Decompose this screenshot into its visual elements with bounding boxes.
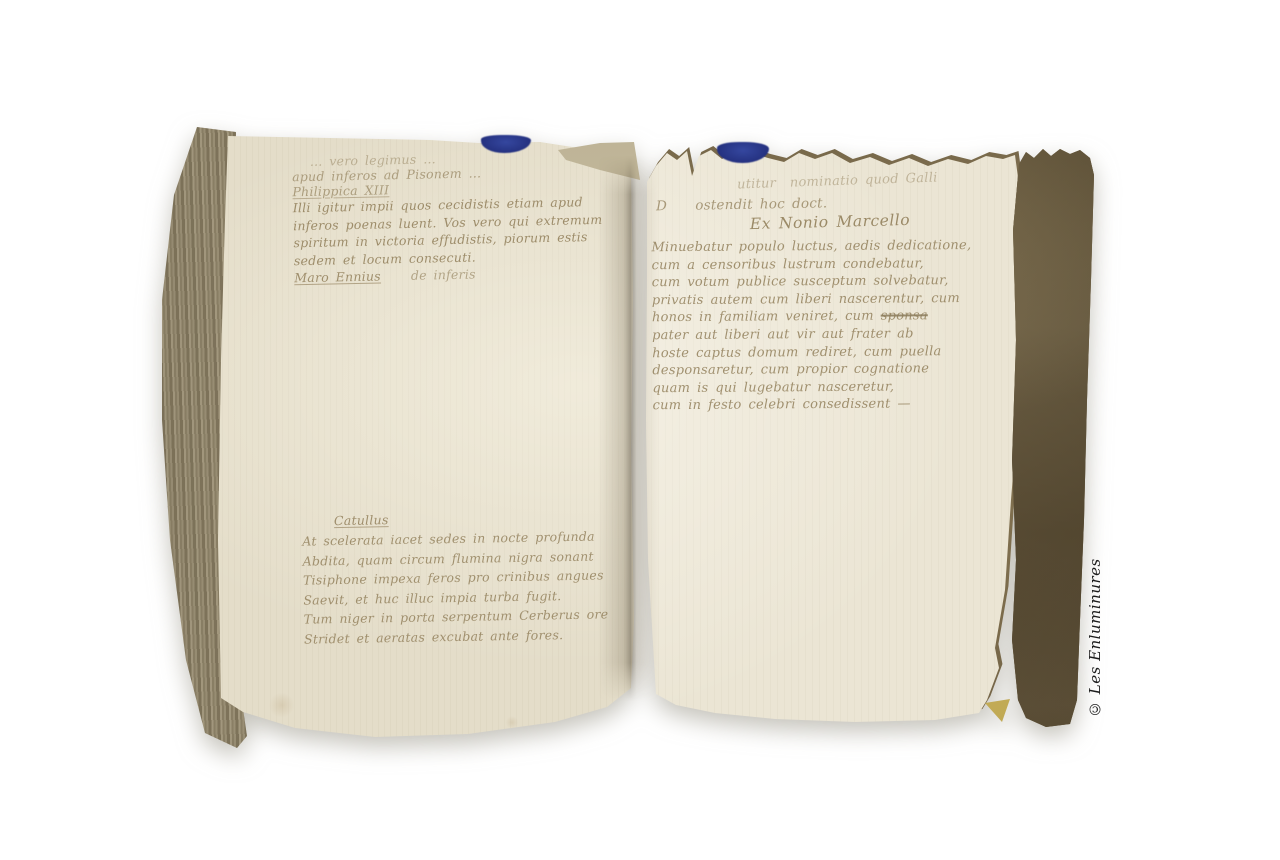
catullus-verse-lines: At scelerata iacet sedes in nocte profun… xyxy=(302,526,609,649)
left-page-catullus-block: Catullus At scelerata iacet sedes in noc… xyxy=(302,506,609,649)
left-page-cicero-block: … vero legimus … apud inferos ad Pisonem… xyxy=(292,148,610,288)
nonius-body-lines-a: Minuebatur populo luctus, aedis dedicati… xyxy=(651,237,1003,310)
manuscript-line: Minuebatur populo luctus, aedis dedicati… xyxy=(651,237,1003,257)
photo-canvas: { "photo": { "credit": "© Les Enluminure… xyxy=(0,0,1280,860)
right-page-body-block: Minuebatur populo luctus, aedis dedicati… xyxy=(651,237,1004,415)
attribution-note: de inferis xyxy=(411,266,476,282)
manuscript-line: privatis autem cum liberi nascerentur, c… xyxy=(652,290,1004,310)
struck-word: sponsa xyxy=(881,309,928,324)
nonius-body-lines-b: pater aut liberi aut vir aut frater abho… xyxy=(652,325,1005,415)
line5-text: honos in familiam veniret, cum xyxy=(652,309,881,326)
manuscript-book-photo: … vero legimus … apud inferos ad Pisonem… xyxy=(0,0,1280,860)
manuscript-line: cum in festo celebri consedissent — xyxy=(652,395,1004,415)
attribution-name: Maro Ennius xyxy=(294,268,381,285)
copyright-credit: © Les Enluminures xyxy=(1086,584,1110,718)
cicero-quote-lines: Illi igitur impii quos cecidistis etiam … xyxy=(293,193,609,270)
